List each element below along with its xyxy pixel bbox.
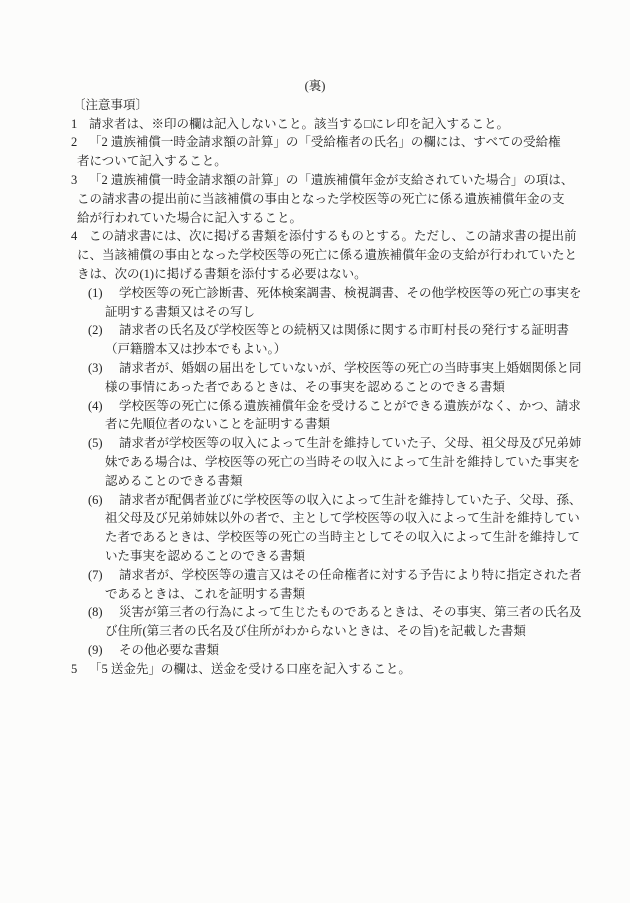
note-item-text: 請求者は、※印の欄は記入しないこと。該当する□にレ印を記入すること。 [89, 117, 509, 131]
note-item-number: 1 [71, 115, 89, 134]
note-subitem-continuation: た者であるときは、学校医等の死亡の当時主としてその収入によって生計を維持して [0, 528, 630, 547]
note-subitem-text: 学校医等の死亡診断書、死体検案調書、検視調書、その他学校医等の死亡の事実を [119, 286, 582, 300]
note-item-continuation: この請求書の提出前に当該補償の事由となった学校医等の死亡に係る遺族補償年金の支 [0, 190, 630, 209]
note-subitem-text: その他必要な書類 [119, 643, 219, 657]
note-subitem-marker: (9) [88, 641, 119, 660]
note-subitem-line: (9)その他必要な書類 [0, 641, 630, 660]
note-item-text: 「2 遺族補償一時金請求額の計算」の「受給権者の氏名」の欄には、すべての受給権 [89, 135, 561, 149]
note-subitem-text: 証明する書類又はその写し [105, 305, 255, 319]
note-subitem-text: （戸籍謄本又は抄本でもよい。） [105, 342, 286, 356]
note-item-continuation: きは、次の(1)に掲げる書類を添付する必要はない。 [0, 265, 630, 284]
note-subitem-line: (3)請求者が、婚姻の届出をしていないが、学校医等の死亡の当時事実上婚姻関係と同 [0, 359, 630, 378]
note-subitem-continuation: いた事実を認めることのできる書類 [0, 547, 630, 566]
note-subitem-marker: (1) [88, 284, 119, 303]
note-subitem-text: た者であるときは、学校医等の死亡の当時主としてその収入によって生計を維持して [105, 530, 580, 544]
note-subitem-line: (5)請求者が学校医等の収入によって生計を維持していた子、父母、祖父母及び兄弟姉 [0, 434, 630, 453]
note-subitem-continuation: 証明する書類又はその写し [0, 303, 630, 322]
note-subitem-marker: (8) [88, 603, 119, 622]
note-subitem-marker: (2) [88, 321, 119, 340]
note-subitem-continuation: 祖父母及び兄弟姉妹以外の者で、主として学校医等の収入によって生計を維持してい [0, 509, 630, 528]
note-subitem-text: 認めることのできる書類 [105, 474, 243, 488]
page-side-label: (裏) [0, 77, 630, 96]
note-item-text: 「2 遺族補償一時金請求額の計算」の「遺族補償年金が支給されていた場合」の項は、 [89, 173, 573, 187]
note-subitem-continuation: 妹である場合は、学校医等の死亡の当時その収入によって生計を維持していた事実を [0, 453, 630, 472]
note-subitem-text: 請求者が、学校医等の遺言又はその任命権者に対する予告により特に指定された者 [119, 568, 582, 582]
note-subitem-text: 者に先順位者のないことを証明する書類 [105, 417, 330, 431]
note-subitem-marker: (3) [88, 359, 119, 378]
note-subitem-text: であるときは、これを証明する書類 [105, 587, 305, 601]
note-item-text: この請求書の提出前に当該補償の事由となった学校医等の死亡に係る遺族補償年金の支 [77, 192, 565, 206]
note-item-line: 1請求者は、※印の欄は記入しないこと。該当する□にレ印を記入すること。 [0, 115, 630, 134]
note-subitem-text: 祖父母及び兄弟姉妹以外の者で、主として学校医等の収入によって生計を維持してい [105, 511, 580, 525]
note-subitem-text: び住所(第三者の氏名及び住所がわからないときは、その旨)を記載した書類 [105, 624, 526, 638]
note-subitem-text: いた事実を認めることのできる書類 [105, 549, 305, 563]
note-subitem-continuation: であるときは、これを証明する書類 [0, 585, 630, 604]
note-subitem-text: 請求者の氏名及び学校医等との続柄又は関係に関する市町村長の発行する証明書 [119, 323, 569, 337]
note-subitem-text: 請求者が学校医等の収入によって生計を維持していた子、父母、祖父母及び兄弟姉 [119, 436, 582, 450]
note-subitem-continuation: 者に先順位者のないことを証明する書類 [0, 415, 630, 434]
note-subitem-line: (1)学校医等の死亡診断書、死体検案調書、検視調書、その他学校医等の死亡の事実を [0, 284, 630, 303]
note-subitem-text: 請求者が配偶者並びに学校医等の収入によって生計を維持していた子、父母、孫、 [119, 493, 582, 507]
note-subitem-text: 妹である場合は、学校医等の死亡の当時その収入によって生計を維持していた事実を [105, 455, 580, 469]
note-item-number: 5 [71, 660, 89, 679]
note-item-line: 4この請求書には、次に掲げる書類を添付するものとする。ただし、この請求書の提出前 [0, 227, 630, 246]
note-subitem-continuation: 認めることのできる書類 [0, 472, 630, 491]
note-item-number: 4 [71, 227, 89, 246]
note-subitem-line: (6)請求者が配偶者並びに学校医等の収入によって生計を維持していた子、父母、孫、 [0, 491, 630, 510]
note-item-text: きは、次の(1)に掲げる書類を添付する必要はない。 [77, 267, 367, 281]
note-subitem-text: 様の事情にあった者であるときは、その事実を認めることのできる書類 [105, 380, 505, 394]
note-item-text: この請求書には、次に掲げる書類を添付するものとする。ただし、この請求書の提出前 [89, 229, 577, 243]
document-page: (裏) 〔注意事項〕 1請求者は、※印の欄は記入しないこと。該当する□にレ印を記… [0, 0, 630, 903]
note-item-number: 3 [71, 171, 89, 190]
note-subitem-marker: (6) [88, 491, 119, 510]
note-item-text: に、当該補償の事由となった学校医等の死亡に係る遺族補償年金の支給が行われていたと [77, 248, 577, 262]
note-subitem-text: 請求者が、婚姻の届出をしていないが、学校医等の死亡の当時事実上婚姻関係と同 [119, 361, 582, 375]
note-subitem-marker: (7) [88, 566, 119, 585]
note-subitem-marker: (5) [88, 434, 119, 453]
note-subitem-continuation: （戸籍謄本又は抄本でもよい。） [0, 340, 630, 359]
notes-content: (裏) 〔注意事項〕 1請求者は、※印の欄は記入しないこと。該当する□にレ印を記… [0, 77, 630, 679]
note-subitem-marker: (4) [88, 397, 119, 416]
note-subitem-continuation: 様の事情にあった者であるときは、その事実を認めることのできる書類 [0, 378, 630, 397]
note-item-number: 2 [71, 133, 89, 152]
note-subitem-text: 学校医等の死亡に係る遺族補償年金を受けることができる遺族がなく、かつ、請求 [119, 399, 581, 413]
note-item-text: 給が行われていた場合に記入すること。 [77, 211, 302, 225]
note-item-text: 「5 送金先」の欄は、送金を受ける口座を記入すること。 [89, 662, 411, 676]
notes-heading: 〔注意事項〕 [0, 96, 630, 115]
note-item-continuation: に、当該補償の事由となった学校医等の死亡に係る遺族補償年金の支給が行われていたと [0, 246, 630, 265]
note-subitem-line: (4)学校医等の死亡に係る遺族補償年金を受けることができる遺族がなく、かつ、請求 [0, 397, 630, 416]
note-subitem-text: 災害が第三者の行為によって生じたものであるときは、その事実、第三者の氏名及 [119, 605, 582, 619]
note-subitem-line: (7)請求者が、学校医等の遺言又はその任命権者に対する予告により特に指定された者 [0, 566, 630, 585]
note-item-text: 者について記入すること。 [77, 154, 227, 168]
note-item-continuation: 者について記入すること。 [0, 152, 630, 171]
note-item-line: 3「2 遺族補償一時金請求額の計算」の「遺族補償年金が支給されていた場合」の項は… [0, 171, 630, 190]
notes-list: 1請求者は、※印の欄は記入しないこと。該当する□にレ印を記入すること。2「2 遺… [0, 115, 630, 679]
note-subitem-line: (8)災害が第三者の行為によって生じたものであるときは、その事実、第三者の氏名及 [0, 603, 630, 622]
note-subitem-continuation: び住所(第三者の氏名及び住所がわからないときは、その旨)を記載した書類 [0, 622, 630, 641]
note-subitem-line: (2)請求者の氏名及び学校医等との続柄又は関係に関する市町村長の発行する証明書 [0, 321, 630, 340]
note-item-line: 5「5 送金先」の欄は、送金を受ける口座を記入すること。 [0, 660, 630, 679]
note-item-line: 2「2 遺族補償一時金請求額の計算」の「受給権者の氏名」の欄には、すべての受給権 [0, 133, 630, 152]
note-item-continuation: 給が行われていた場合に記入すること。 [0, 209, 630, 228]
